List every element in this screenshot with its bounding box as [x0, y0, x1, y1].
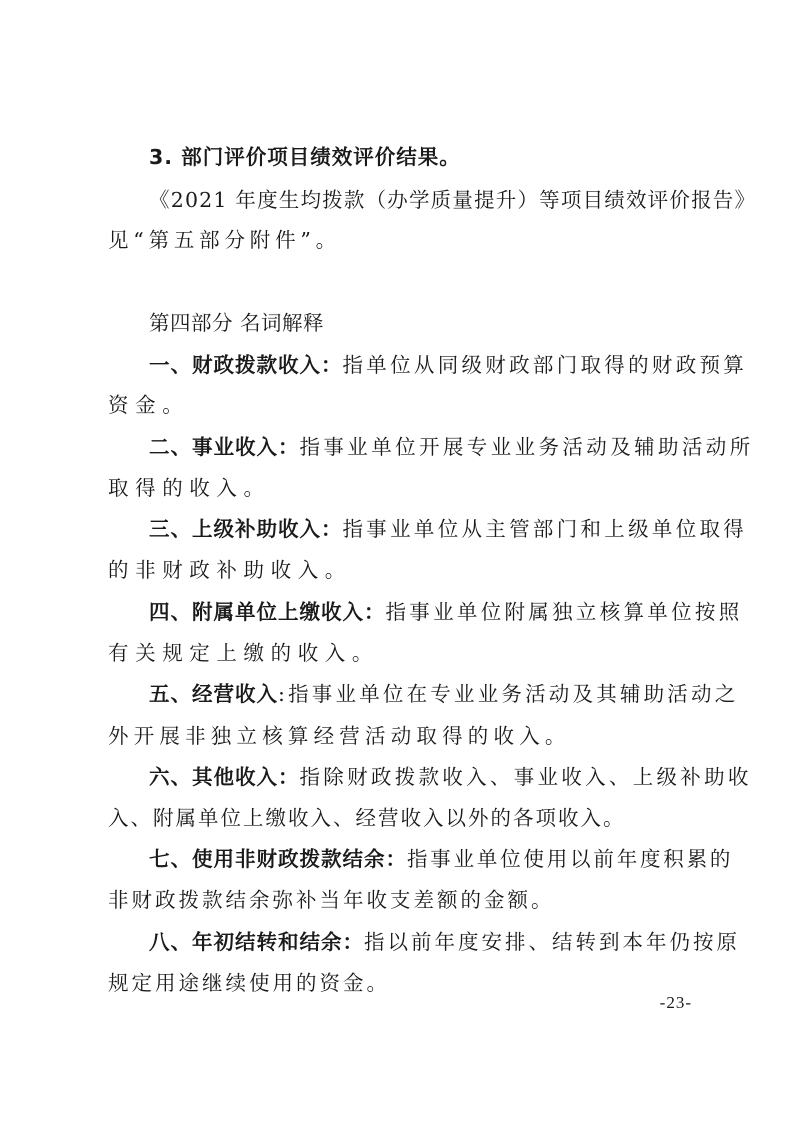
- definition-item: 八、年初结转和结余：指以前年度安排、结转到本年仍按原: [149, 927, 692, 957]
- definition-text: :指事业单位在专业业务活动及其辅助活动之: [278, 682, 738, 706]
- definition-continuation: 资金。: [108, 390, 692, 420]
- definition-text: 指单位从同级财政部门取得的财政预算: [343, 353, 748, 377]
- part-heading-text: 第四部分 名词解释: [149, 311, 324, 335]
- term-label: 三、上级补助收入：: [149, 517, 343, 541]
- term-label: 二、事业收入：: [149, 435, 300, 459]
- definition-continuation: 入、附属单位上缴收入、经营收入以外的各项收入。: [108, 803, 692, 833]
- definition-text: 指事业单位开展专业业务活动及辅助活动所: [300, 435, 754, 459]
- term-label: 五、经营收入: [149, 682, 278, 706]
- definition-text: 指事业单位附属独立核算单位按照: [386, 600, 743, 624]
- definition-text: 资金。: [108, 393, 189, 417]
- definition-item: 二、事业收入：指事业单位开展专业业务活动及辅助活动所: [149, 432, 692, 462]
- definition-item: 六、其他收入：指除财政拨款收入、事业收入、上级补助收: [149, 762, 692, 792]
- definition-item: 五、经营收入:指事业单位在专业业务活动及其辅助活动之: [149, 679, 692, 709]
- appendix-reference-text: 见“第五部分附件”。: [108, 228, 341, 252]
- definition-text: 取得的收入。: [108, 476, 271, 500]
- term-label: 四、附属单位上缴收入：: [149, 600, 386, 624]
- definition-text: 入、附属单位上缴收入、经营收入以外的各项收入。: [108, 806, 626, 830]
- definition-text: 指除财政拨款收入、事业收入、上级补助收: [300, 765, 752, 789]
- definition-item: 七、使用非财政拨款结余：指事业单位使用以前年度积累的: [149, 844, 692, 874]
- part-heading: 第四部分 名词解释: [149, 308, 692, 338]
- definition-continuation: 外开展非独立核算经营活动取得的收入。: [108, 721, 692, 751]
- section-heading: 3. 部门评价项目绩效评价结果。: [149, 142, 692, 172]
- definition-continuation: 规定用途继续使用的资金。: [108, 968, 692, 998]
- term-label: 七、使用非财政拨款结余：: [149, 847, 407, 871]
- definition-item: 一、财政拨款收入：指单位从同级财政部门取得的财政预算: [149, 350, 692, 380]
- page-number: -23-: [640, 990, 692, 1016]
- definition-text: 指以前年度安排、结转到本年仍按原: [364, 930, 740, 954]
- document-page: 3. 部门评价项目绩效评价结果。 《2021 年度生均拨款（办学质量提升）等项目…: [0, 0, 794, 1122]
- definition-text: 规定用途继续使用的资金。: [108, 971, 390, 995]
- paragraph-line: 《2021 年度生均拨款（办学质量提升）等项目绩效评价报告》: [149, 185, 692, 215]
- definition-item: 三、上级补助收入：指事业单位从主管部门和上级单位取得: [149, 514, 692, 544]
- definition-text: 的非财政补助收入。: [108, 558, 352, 582]
- term-label: 八、年初结转和结余：: [149, 930, 364, 954]
- term-label: 一、财政拨款收入：: [149, 353, 343, 377]
- definition-item: 四、附属单位上缴收入：指事业单位附属独立核算单位按照: [149, 597, 692, 627]
- definition-text: 指事业单位使用以前年度积累的: [407, 847, 733, 871]
- definition-text: 有关规定上缴的收入。: [108, 641, 379, 665]
- definition-continuation: 非财政拨款结余弥补当年收支差额的金额。: [108, 885, 692, 915]
- definition-text: 指事业单位从主管部门和上级单位取得: [343, 517, 748, 541]
- paragraph-line: 见“第五部分附件”。: [108, 225, 692, 255]
- definition-text: 外开展非独立核算经营活动取得的收入。: [108, 724, 571, 748]
- definition-continuation: 的非财政补助收入。: [108, 555, 692, 585]
- definition-continuation: 取得的收入。: [108, 473, 692, 503]
- definition-continuation: 有关规定上缴的收入。: [108, 638, 692, 668]
- definition-text: 非财政拨款结余弥补当年收支差额的金额。: [108, 888, 555, 912]
- report-title-text: 《2021 年度生均拨款（办学质量提升）等项目绩效评价报告》: [149, 188, 756, 212]
- term-label: 六、其他收入：: [149, 765, 300, 789]
- section-heading-text: 3. 部门评价项目绩效评价结果。: [149, 145, 461, 169]
